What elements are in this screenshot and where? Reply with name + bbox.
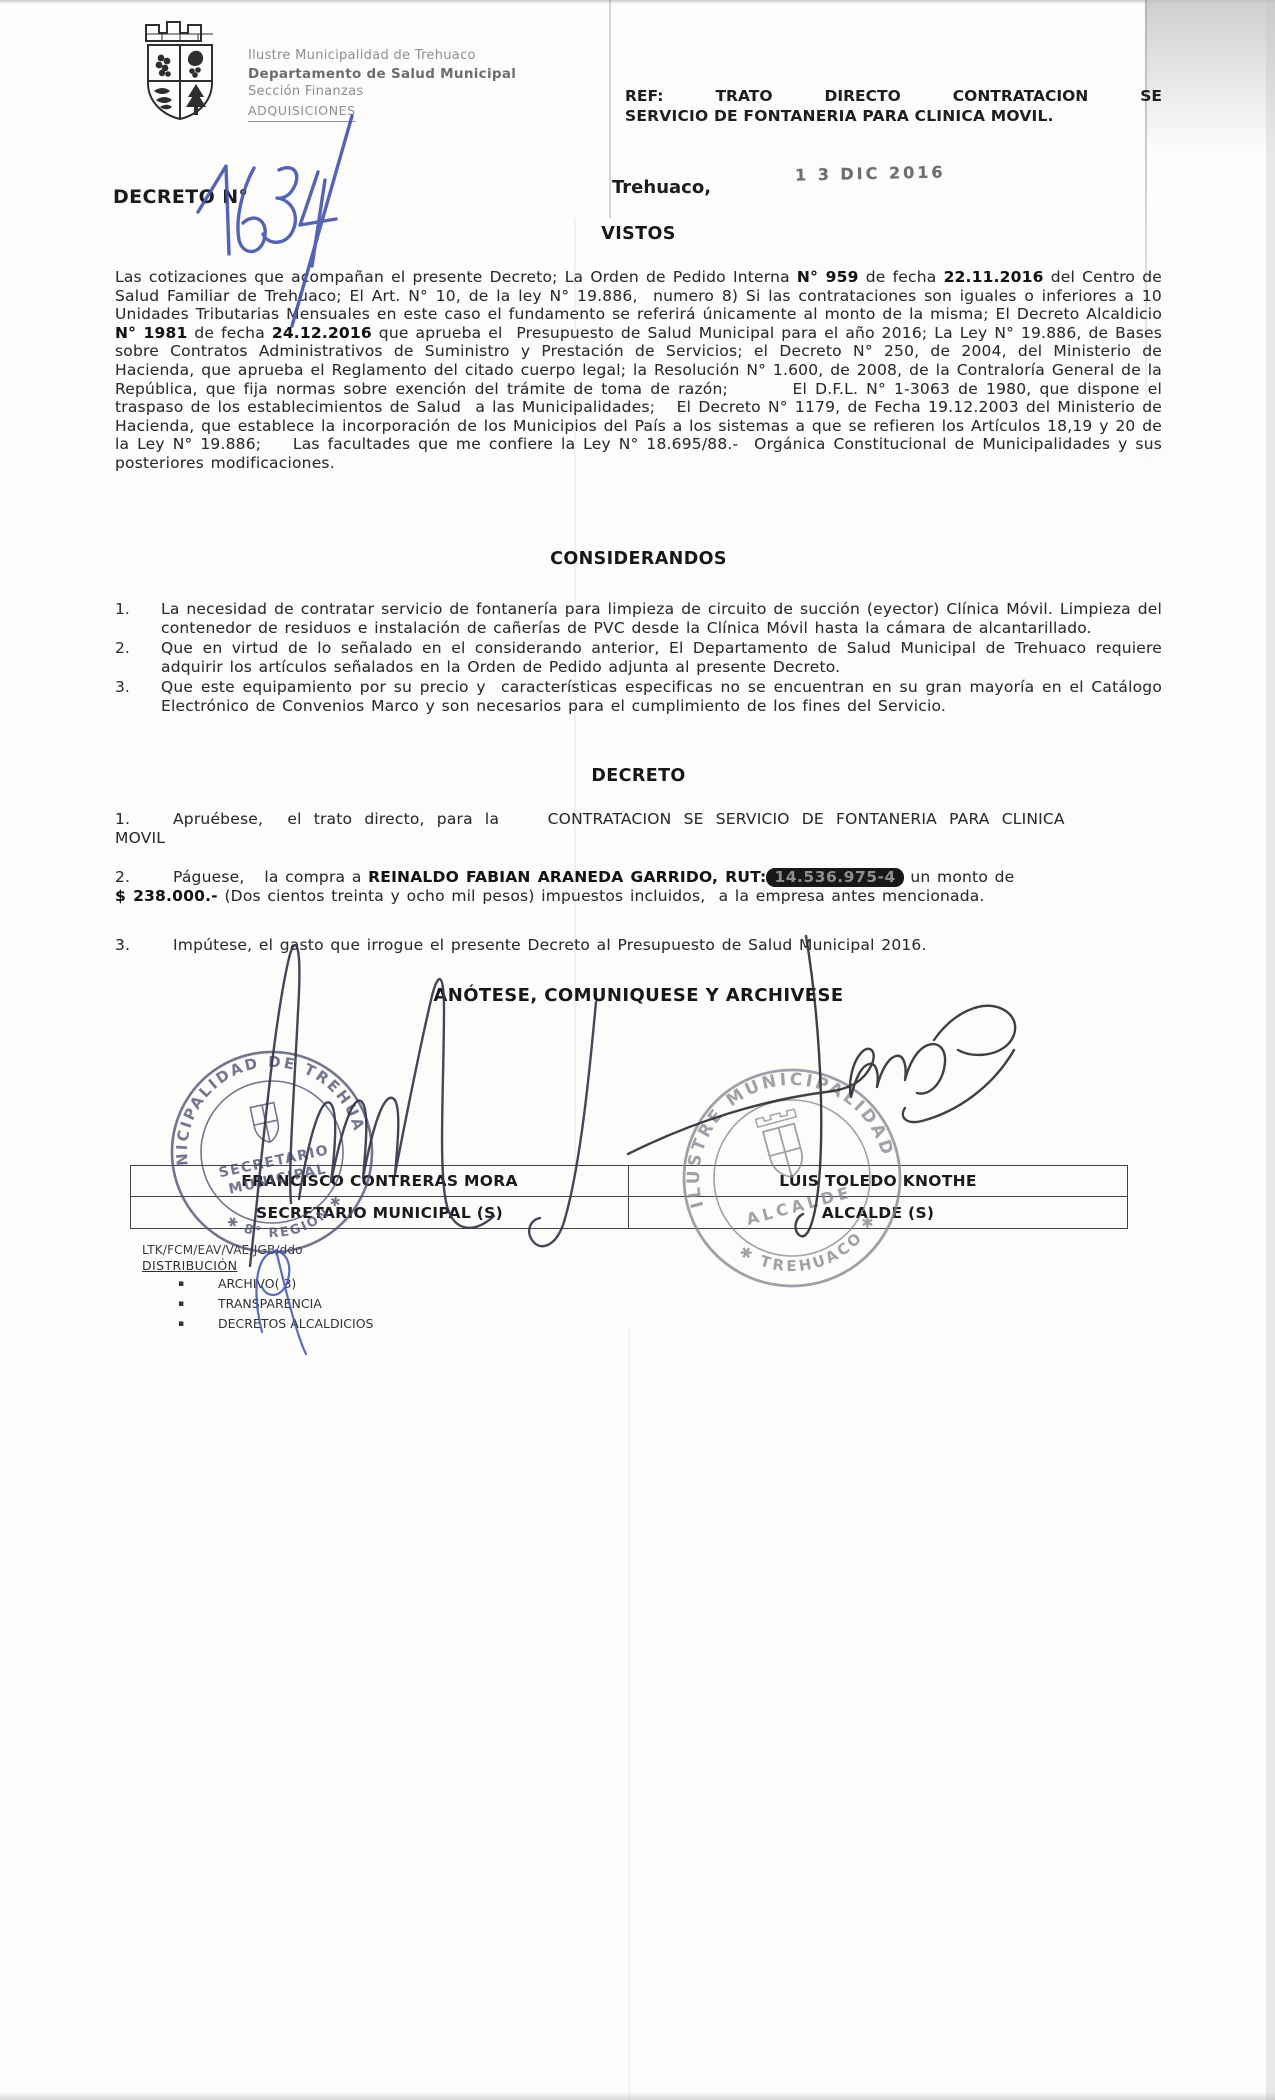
order-number: N° 959 [797, 268, 859, 286]
scan-top-edge [0, 0, 1275, 4]
item-text: La necesidad de contratar servicio de fo… [161, 600, 1162, 637]
secretary-stamp: MUNICIPALIDAD DE TREHUACO ✱ 8° REGION ✱ … [153, 1033, 390, 1270]
distribution-item-text: TRANSPARENCIA [218, 1296, 322, 1312]
considerandos-list: 1. La necesidad de contratar servicio de… [115, 600, 1162, 718]
decree-number-label: DECRETO N° [113, 186, 248, 208]
item-text: (Dos cientos treinta y ocho mil pesos) i… [218, 887, 985, 905]
distribution-item-text: ARCHIVO( 3) [218, 1276, 296, 1292]
decree-item-1: 1.Apruébese, el trato directo, para la C… [115, 810, 1162, 847]
alcaldicio-number: N° 1981 [115, 324, 187, 342]
item-number: 2. [115, 639, 161, 676]
item-text: Que en virtud de lo señalado en el consi… [161, 639, 1162, 676]
item-number: 2. [115, 868, 173, 887]
item-number: 3. [115, 936, 173, 955]
bullet-icon: ▪ [178, 1296, 218, 1312]
ref-line1: REF: TRATO DIRECTO CONTRATACION SE [625, 86, 1162, 106]
scanned-decree-page: Ilustre Municipalidad de Trehuaco Depart… [0, 0, 1275, 2100]
svg-text:MUNICIPALIDAD DE TREHUACO: MUNICIPALIDAD DE TREHUACO [154, 1034, 369, 1176]
considerando-item: 1. La necesidad de contratar servicio de… [115, 600, 1162, 637]
distribution-item: ▪ TRANSPARENCIA [178, 1296, 373, 1312]
signature-table: FRANCISCO CONTRERAS MORA LUIS TOLEDO KNO… [130, 1165, 1128, 1229]
signatory-name-right: LUIS TOLEDO KNOTHE [629, 1166, 1127, 1197]
item-number: 3. [115, 678, 161, 715]
bullet-icon: ▪ [178, 1316, 218, 1332]
item-text: MOVIL [115, 829, 1162, 848]
item-number: 1. [115, 600, 161, 637]
initials-line: LTK/FCM/EAV/VAE/JGB/ddo [142, 1243, 303, 1257]
letterhead-municipality: Ilustre Municipalidad de Trehuaco [248, 47, 516, 65]
vistos-text: Las cotizaciones que acompañan el presen… [115, 268, 797, 286]
vistos-text: de fecha [859, 268, 944, 286]
distribution-item: ▪ DECRETOS ALCALDICIOS [178, 1316, 373, 1332]
distribution-label: DISTRIBUCIÓN [142, 1258, 237, 1273]
bullet-icon: ▪ [178, 1276, 218, 1292]
scan-right-band [1266, 0, 1275, 2100]
vistos-text: que aprueba el Presupuesto de Salud Muni… [115, 324, 1169, 472]
amount: $ 238.000.- [115, 887, 218, 905]
section-title-decreto: DECRETO [115, 766, 1162, 786]
item-text: Que este equipamiento por su precio y ca… [161, 678, 1162, 715]
item-text: Apruébese, el trato directo, para la CON… [173, 810, 1065, 828]
redacted-rut: 14.536.975-4 [766, 868, 903, 887]
ref-line2: SERVICIO DE FONTANERIA PARA CLINICA MOVI… [625, 106, 1162, 126]
letterhead-section: Sección Finanzas [248, 83, 516, 101]
distribution-list: ▪ ARCHIVO( 3) ▪ TRANSPARENCIA ▪ DECRETOS… [178, 1276, 373, 1336]
decree-item-3: 3.Impútese, el gasto que irrogue el pres… [115, 936, 1162, 955]
item-number: 1. [115, 810, 173, 829]
municipal-crest-icon [140, 16, 220, 122]
scan-bottom-edge [0, 2092, 1275, 2100]
ref-block: REF: TRATO DIRECTO CONTRATACION SE SERVI… [625, 86, 1162, 126]
date-stamp: 1 3 DIC 2016 [795, 162, 946, 184]
fold-crease [628, 1330, 630, 2100]
signatory-title-right: ALCALDE (S) [629, 1197, 1127, 1228]
section-title-vistos: VISTOS [115, 224, 1162, 244]
supplier-name: REINALDO FABIAN ARANEDA GARRIDO [368, 868, 712, 886]
order-date: 22.11.2016 [944, 268, 1044, 286]
considerando-item: 2. Que en virtud de lo señalado en el co… [115, 639, 1162, 676]
city-date-line: Trehuaco, [612, 177, 711, 198]
vistos-text: de fecha [187, 324, 271, 342]
letterhead-department: Departamento de Salud Municipal [248, 65, 516, 83]
item-text: Impútese, el gasto que irrogue el presen… [173, 936, 927, 954]
item-text: un monto de [904, 868, 1015, 886]
fold-crease [609, 0, 611, 218]
rut-label: , RUT: [712, 868, 766, 886]
distribution-item-text: DECRETOS ALCALDICIOS [218, 1316, 373, 1332]
closing-formula: ANÓTESE, COMUNIQUESE Y ARCHIVESE [115, 985, 1162, 1006]
vistos-paragraph: Las cotizaciones que acompañan el presen… [115, 268, 1162, 473]
letterhead-unit: ADQUISICIONES [248, 102, 356, 122]
alcaldicio-date: 24.12.2016 [272, 324, 372, 342]
item-text: Páguese, la compra a [173, 868, 368, 886]
considerando-item: 3. Que este equipamiento por su precio y… [115, 678, 1162, 715]
scan-corner-shadow [1147, 0, 1275, 150]
signatory-name-left: FRANCISCO CONTRERAS MORA [131, 1166, 629, 1197]
distribution-item: ▪ ARCHIVO( 3) [178, 1276, 373, 1292]
section-title-considerandos: CONSIDERANDOS [115, 549, 1162, 569]
decree-item-2: 2.Páguese, la compra a REINALDO FABIAN A… [115, 868, 1162, 905]
signatory-title-left: SECRETARIO MUNICIPAL (S) [131, 1197, 629, 1228]
letterhead: Ilustre Municipalidad de Trehuaco Depart… [248, 47, 516, 122]
